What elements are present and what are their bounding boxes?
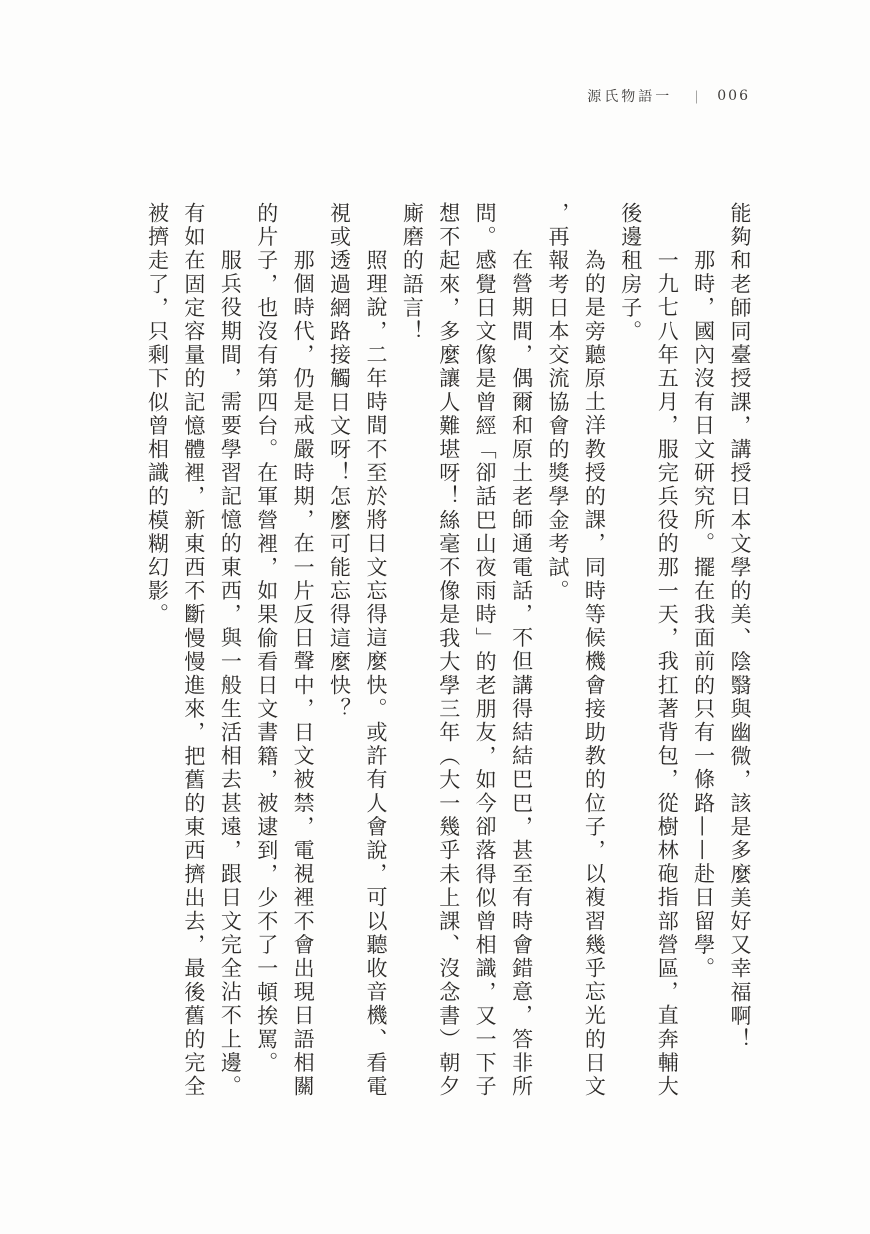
- paragraph: 為的是旁聽原土洋教授的課，同時等候機會接助教的位子，以複習幾乎忘光的日文，再報考…: [540, 202, 613, 1104]
- paragraph: 照理說，二年時間不至於將日文忘得這麼快。或許有人會說，可以聽收音機、看電視或透過…: [321, 202, 394, 1104]
- paragraph: 能夠和老師同臺授課，講授日本文學的美、陰翳與幽微，該是多麼美好又幸福啊！: [722, 202, 758, 1104]
- running-head-page-number: 006: [717, 88, 750, 104]
- paragraph: 那個時代，仍是戒嚴時期，在一片反日聲中，日文被禁，電視裡不會出現日語相關的片子，…: [248, 202, 321, 1104]
- running-head-separator: ｜: [690, 87, 703, 106]
- paragraph: 那時，國內沒有日文研究所。擺在我面前的只有一條路——赴日留學。: [685, 202, 721, 1104]
- running-head-book-title: 源氏物語一: [587, 86, 672, 106]
- paragraph: 在營期間，偶爾和原土老師通電話，不但講得結結巴巴，甚至有時會錯意，答非所問。感覺…: [394, 202, 540, 1104]
- running-head: 源氏物語一 ｜ 006: [587, 86, 750, 106]
- paragraph: 一九七八年五月，服完兵役的那一天，我扛著背包，從樹林砲指部營區，直奔輔大後邊租房…: [612, 202, 685, 1104]
- book-page: 源氏物語一 ｜ 006 能夠和老師同臺授課，講授日本文學的美、陰翳與幽微，該是多…: [0, 0, 870, 1234]
- paragraph: 服兵役期間，需要學習記憶的東西，與一般生活相去甚遠，跟日文完全沾不上邊。有如在固…: [139, 202, 248, 1104]
- vertical-text-block: 能夠和老師同臺授課，講授日本文學的美、陰翳與幽微，該是多麼美好又幸福啊！那時，國…: [139, 202, 758, 1104]
